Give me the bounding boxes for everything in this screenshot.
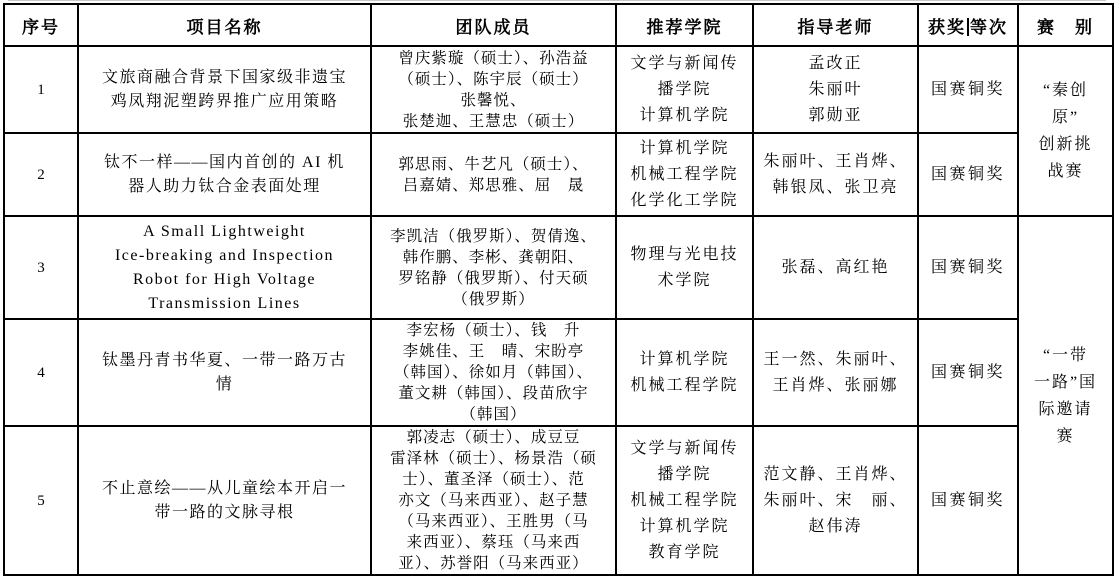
cell-award-level: 国赛铜奖 — [918, 319, 1018, 426]
cell-advisors: 范文静、王肖烨、 朱丽叶、宋 丽、 赵伟涛 — [753, 426, 918, 565]
crop-artifact-line — [8, 0, 1106, 1]
table-row-5: 5 不止意绘——从儿童绘本开启一 带一路的文脉寻根 郭凌志（硕士）、成豆豆 雷泽… — [4, 426, 1113, 565]
cell-project-name: 不止意绘——从儿童绘本开启一 带一路的文脉寻根 — [78, 426, 371, 565]
table-row-4: 4 钛墨丹青书华夏、一带一路万古 情 李宏杨（硕士）、钱 升 李姚佳、王 晴、宋… — [4, 319, 1113, 426]
cell-advisors: 张磊、高红艳 — [753, 216, 918, 319]
cell-project-name: 钛不一样——国内首创的 AI 机 器人助力钛合金表面处理 — [78, 133, 371, 216]
cell-index: 3 — [4, 216, 78, 319]
cell-team-members: 曾庆紫璇（硕士）、孙浩益 （硕士）、陈宇辰（硕士） 张馨悦、 张楚迦、王慧忠（硕… — [371, 46, 616, 133]
header-cell-team: 团队成员 — [371, 4, 616, 46]
header-cell-project: 项目名称 — [78, 4, 371, 46]
header-cell-award: 获奖等次 — [918, 4, 1018, 46]
cell-team-members: 郭凌志（硕士）、成豆豆 雷泽林（硕士）、杨景浩（硕 士）、董圣泽（硕士）、范 亦… — [371, 426, 616, 565]
cell-index: 5 — [4, 426, 78, 565]
header-cell-college: 推荐学院 — [616, 4, 753, 46]
cell-category-group-1: “秦创 原” 创新挑 战赛 — [1018, 46, 1113, 216]
cell-college: 文学与新闻传 播学院 计算机学院 — [616, 46, 753, 133]
header-cell-advisors: 指导老师 — [753, 4, 918, 46]
cell-college: 物理与光电技 术学院 — [616, 216, 753, 319]
cell-advisors: 朱丽叶、王肖烨、 韩银凤、张卫亮 — [753, 133, 918, 216]
header-cell-index: 序号 — [4, 4, 78, 46]
cell-index: 1 — [4, 46, 78, 133]
header-award-label-right: 等次 — [970, 18, 1008, 37]
cell-team-members: 李宏杨（硕士）、钱 升 李姚佳、王 晴、宋盼亭 （韩国）、徐如月（韩国）、 董文… — [371, 319, 616, 426]
cell-award-level: 国赛铜奖 — [918, 133, 1018, 216]
cell-college: 计算机学院 机械工程学院 — [616, 319, 753, 426]
cell-college: 计算机学院 机械工程学院 化学化工学院 — [616, 133, 753, 216]
table-row-2: 2 钛不一样——国内首创的 AI 机 器人助力钛合金表面处理 郭思雨、牛艺凡（硕… — [4, 133, 1113, 216]
header-row: 序号 项目名称 团队成员 推荐学院 指导老师 获奖等次 赛 别 — [4, 4, 1113, 46]
cell-award-level: 国赛铜奖 — [918, 46, 1018, 133]
cell-project-name: 钛墨丹青书华夏、一带一路万古 情 — [78, 319, 371, 426]
cell-college: 文学与新闻传 播学院 机械工程学院 计算机学院 教育学院 — [616, 426, 753, 565]
cell-advisors: 王一然、朱丽叶、 王肖烨、张丽娜 — [753, 319, 918, 426]
awards-table: 序号 项目名称 团队成员 推荐学院 指导老师 获奖等次 赛 别 1 文旅商融合背… — [3, 3, 1114, 565]
cell-project-name: 文旅商融合背景下国家级非遗宝 鸡凤翔泥塑跨界推广应用策略 — [78, 46, 371, 133]
cell-index: 4 — [4, 319, 78, 426]
cell-award-level: 国赛铜奖 — [918, 216, 1018, 319]
cell-advisors: 孟改正 朱丽叶 郭勋亚 — [753, 46, 918, 133]
cell-team-members: 郭思雨、牛艺凡（硕士）、 吕嘉婧、郑思雅、屈 晟 — [371, 133, 616, 216]
table-row-1: 1 文旅商融合背景下国家级非遗宝 鸡凤翔泥塑跨界推广应用策略 曾庆紫璇（硕士）、… — [4, 46, 1113, 133]
cell-index: 2 — [4, 133, 78, 216]
cell-team-members: 李凯洁（俄罗斯）、贺倩逸、 韩作鹏、李彬、龚朝阳、 罗铭静（俄罗斯）、付天硕 （… — [371, 216, 616, 319]
text-cursor — [967, 18, 969, 36]
header-award-label-left: 获奖 — [928, 18, 966, 37]
table-row-3: 3 A Small Lightweight Ice-breaking and I… — [4, 216, 1113, 319]
cell-award-level: 国赛铜奖 — [918, 426, 1018, 565]
header-cell-category: 赛 别 — [1018, 4, 1113, 46]
cell-project-name: A Small Lightweight Ice-breaking and Ins… — [78, 216, 371, 319]
cell-category-group-2: “一带 一路”国 际邀请 赛 — [1018, 216, 1113, 565]
